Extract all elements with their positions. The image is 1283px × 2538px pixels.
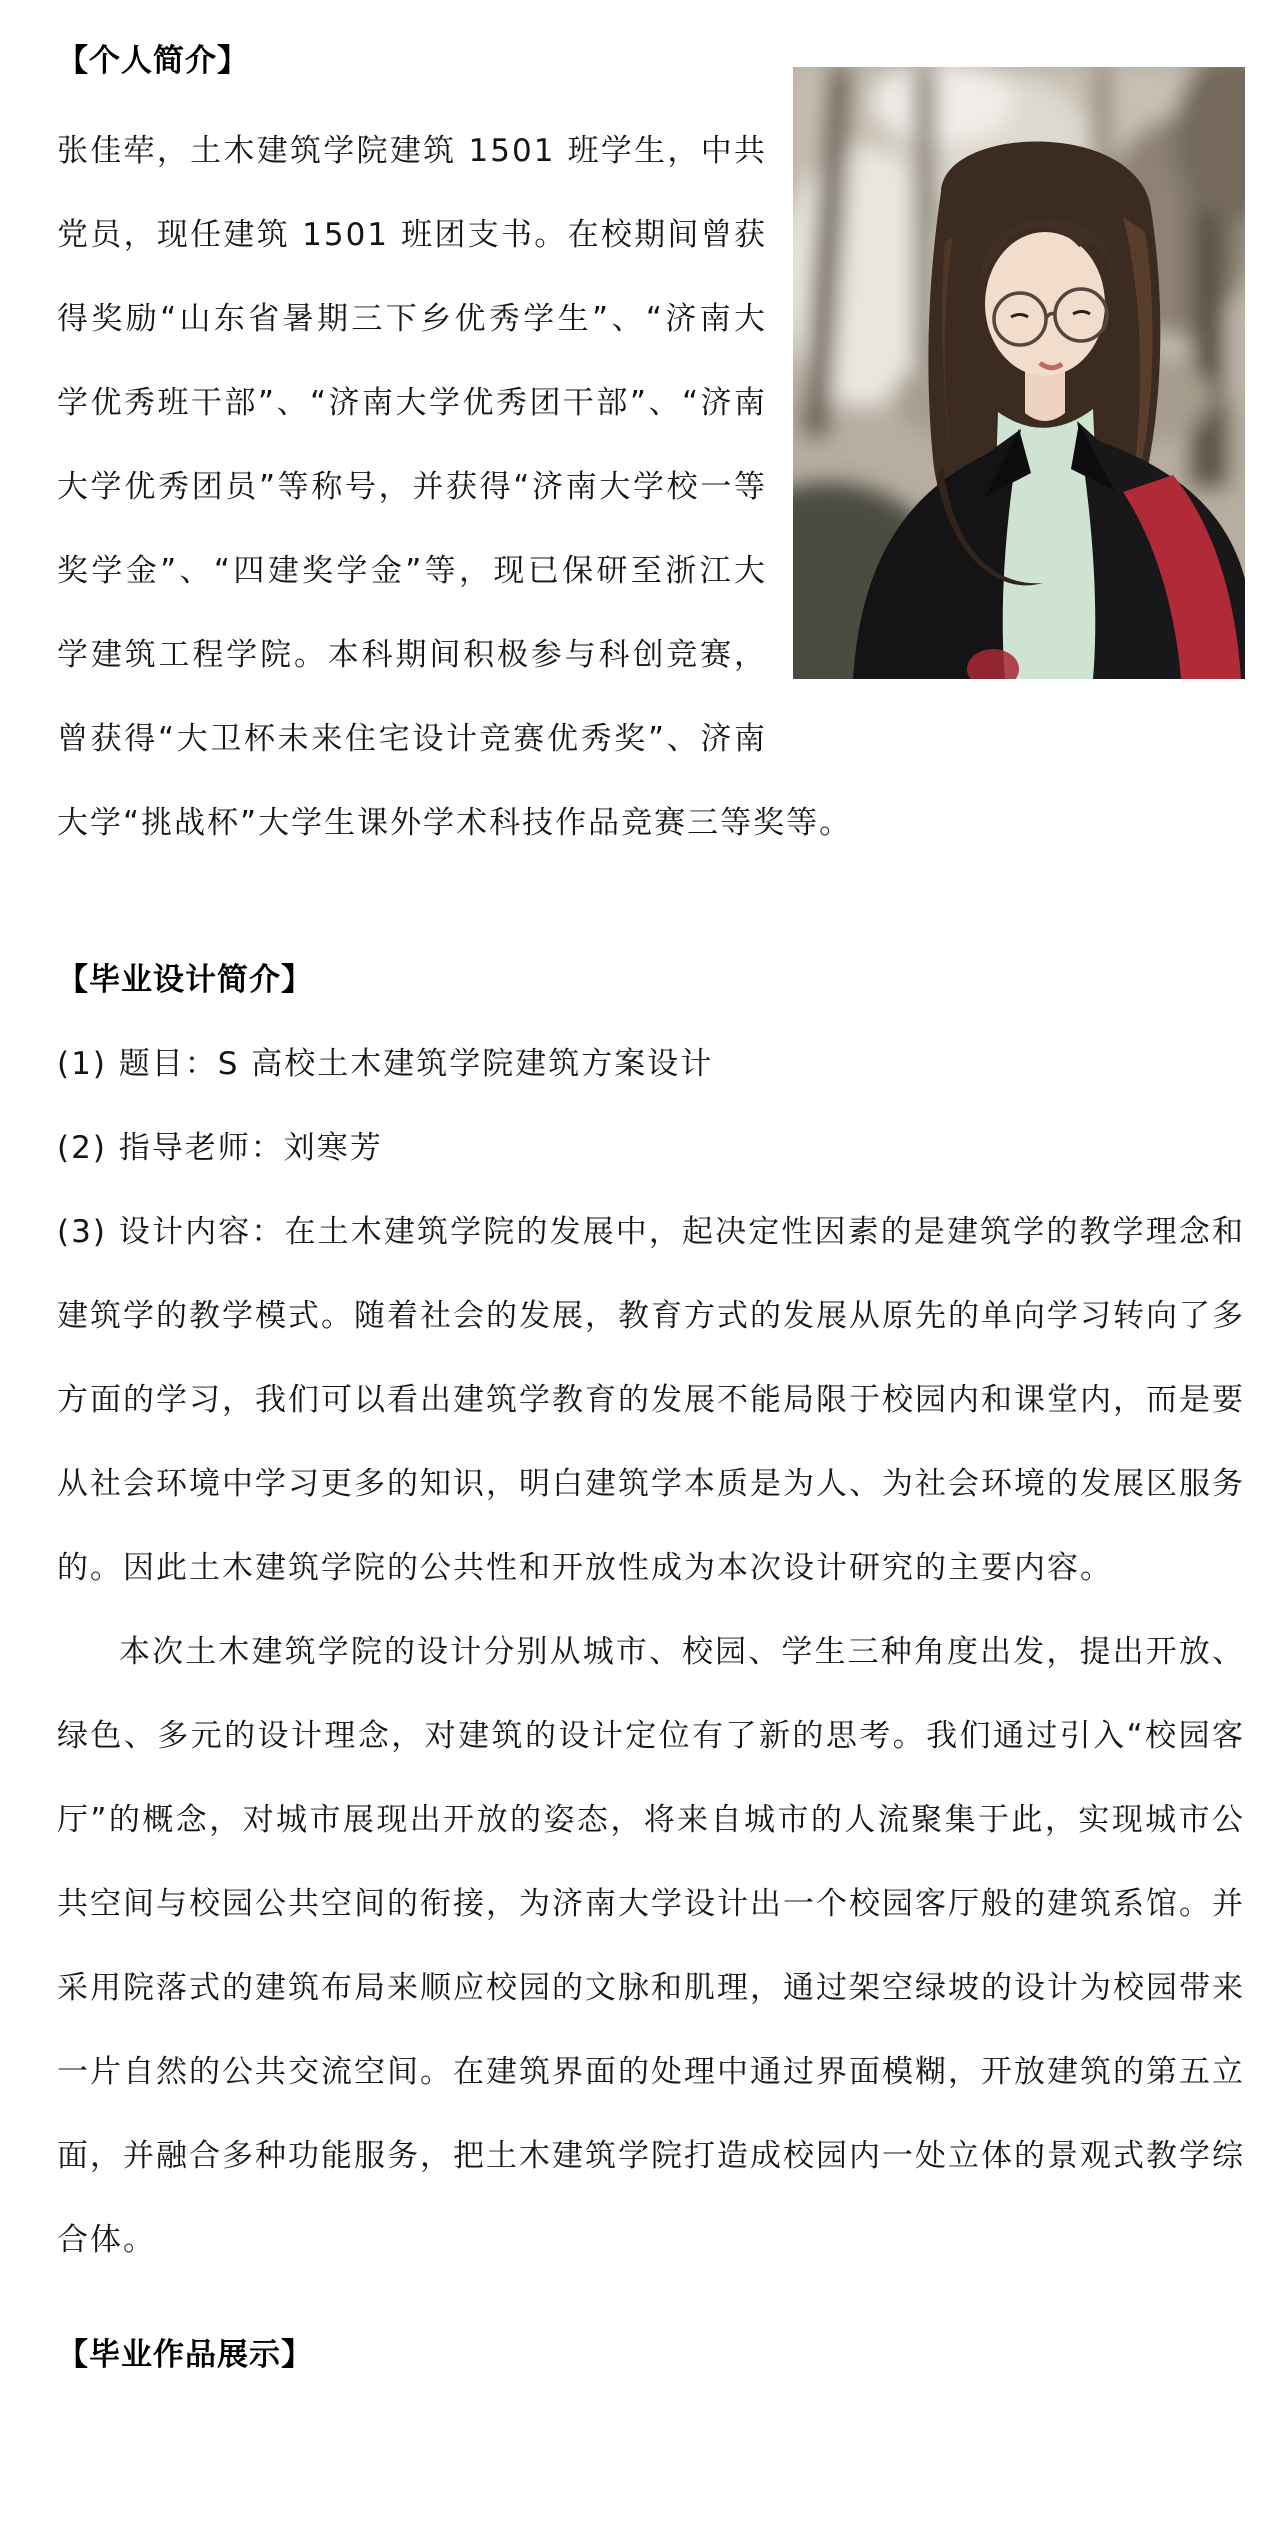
profile-photo [793, 67, 1245, 679]
design-item-advisor: (2) 指导老师：刘寒芳 [57, 1106, 1245, 1190]
document-page: 【个人简介】 [0, 0, 1283, 2538]
design-items: (1) 题目：S 高校土木建筑学院建筑方案设计 (2) 指导老师：刘寒芳 (3)… [57, 1022, 1245, 2282]
profile-photo-graphic [793, 67, 1245, 679]
section-heading-works: 【毕业作品展示】 [57, 2336, 1245, 2375]
profile-paragraph: 张佳荦，土木建筑学院建筑 1501 班学生，中共党员，现任建筑 1501 班团支… [57, 109, 1245, 865]
design-paragraph-2: 本次土木建筑学院的设计分别从城市、校园、学生三种角度出发，提出开放、绿色、多元的… [57, 1610, 1245, 2282]
design-item-title: (1) 题目：S 高校土木建筑学院建筑方案设计 [57, 1022, 1245, 1106]
section-heading-design: 【毕业设计简介】 [57, 961, 1245, 1000]
design-item-content: (3) 设计内容：在土木建筑学院的发展中，起决定性因素的是建筑学的教学理念和建筑… [57, 1190, 1245, 1610]
profile-text: 张佳荦，土木建筑学院建筑 1501 班学生，中共党员，现任建筑 1501 班团支… [57, 133, 852, 841]
